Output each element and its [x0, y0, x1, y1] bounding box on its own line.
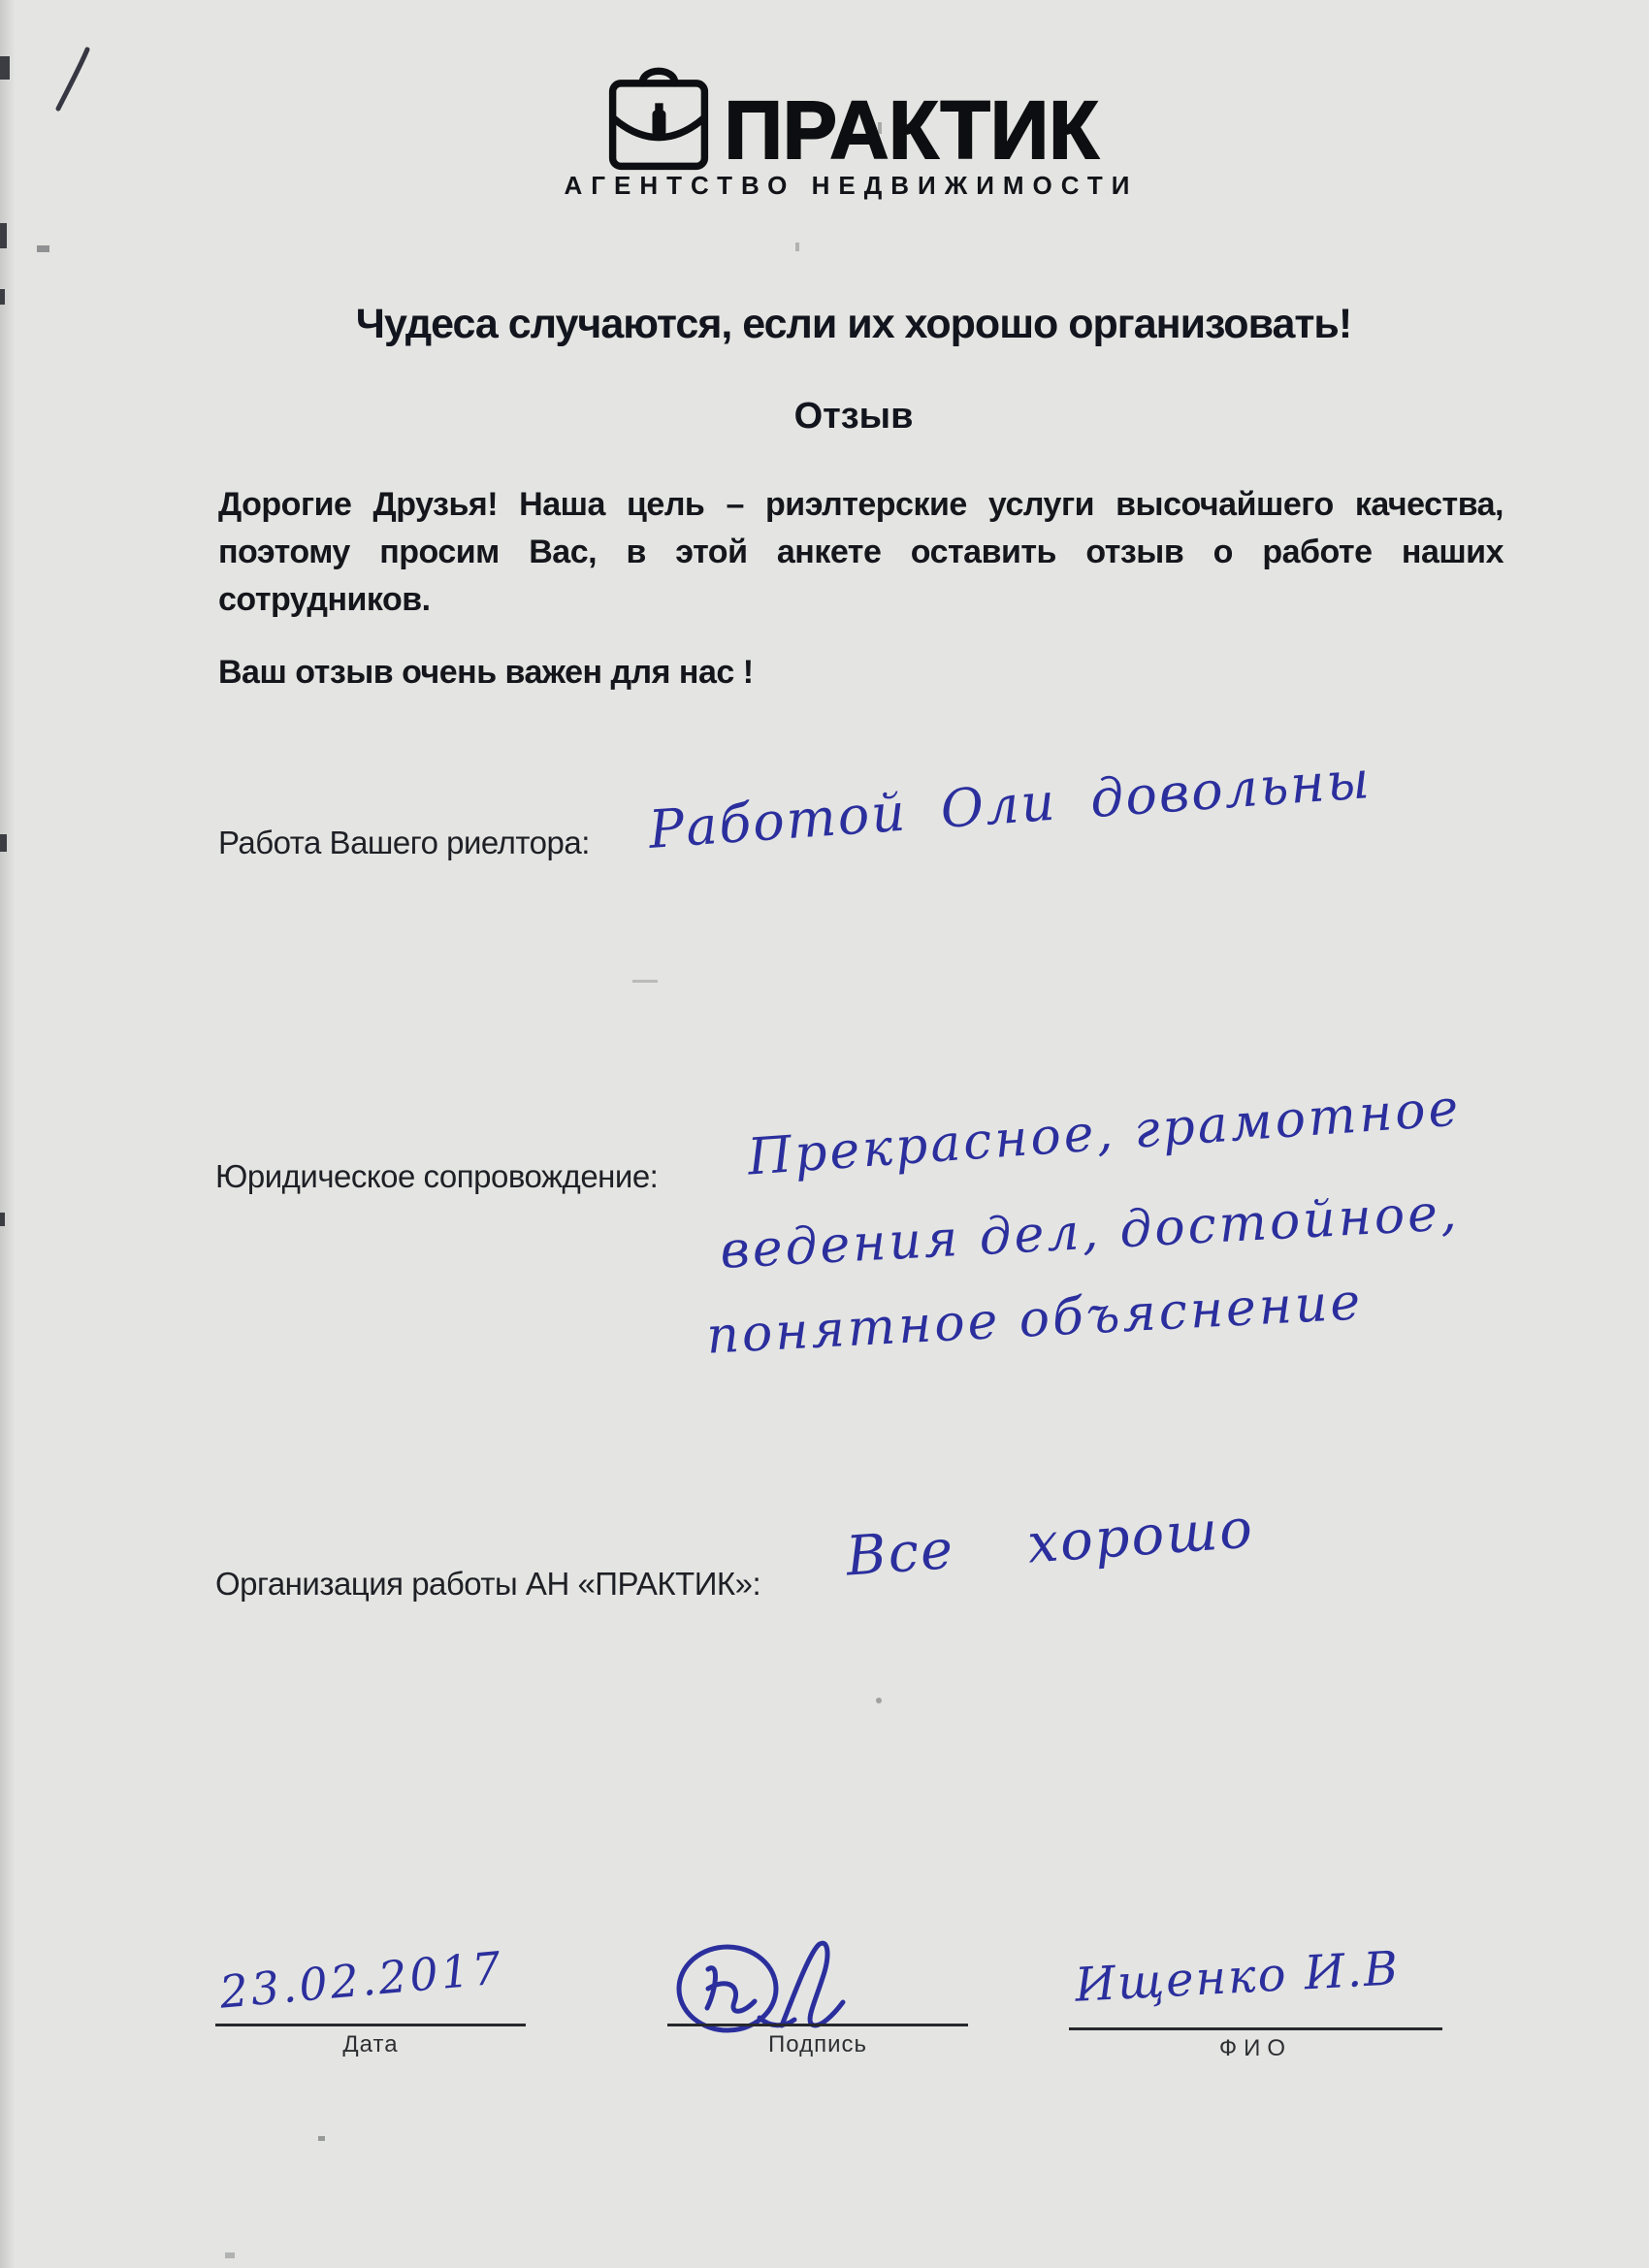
- signature-underline: [667, 2024, 968, 2026]
- date-underline: [215, 2024, 526, 2026]
- handwritten-response-realtor-work: Работой Оли довольны: [647, 749, 1374, 860]
- handwritten-name: Ищенко И.В: [1074, 1941, 1402, 2012]
- field-label-legal-support: Юридическое сопровождение:: [215, 1158, 658, 1195]
- scan-artifact: [632, 980, 658, 983]
- scan-artifact: [0, 289, 5, 305]
- handwritten-response-legal-line2: ведения дел, достойное,: [719, 1183, 1461, 1280]
- scan-artifact: [0, 1213, 5, 1226]
- logo: ПРАКТИК: [0, 56, 1649, 171]
- name-underline: [1069, 2027, 1442, 2030]
- scan-artifact: [37, 245, 49, 252]
- signature-flourish-icon: [667, 1934, 876, 2033]
- scan-artifact: [0, 223, 7, 248]
- scan-artifact: [878, 122, 882, 134]
- handwritten-date: 23.02.2017: [217, 1941, 505, 2018]
- section-title: Отзыв: [0, 396, 1649, 437]
- headline: Чудеса случаются, если их хорошо организ…: [0, 301, 1649, 348]
- brand-subtitle: АГЕНТСТВО НЕДВИЖИМОСТИ: [0, 171, 1649, 201]
- briefcase-icon: [604, 56, 713, 171]
- handwritten-response-legal-line3: понятное объяснение: [705, 1273, 1365, 1365]
- importance-note: Ваш отзыв очень важен для нас !: [218, 654, 754, 692]
- field-label-realtor-work: Работа Вашего риелтора:: [218, 825, 590, 861]
- scan-artifact: [0, 834, 7, 852]
- handwritten-response-organization: Все хорошо: [844, 1497, 1256, 1588]
- brand-name: ПРАКТИК: [725, 89, 1099, 171]
- scan-artifact: [225, 2252, 235, 2258]
- scan-artifact: [876, 1698, 882, 1703]
- date-caption: Дата: [215, 2031, 526, 2058]
- handwritten-response-legal-line1: Прекрасное, грамотное: [746, 1079, 1463, 1186]
- scan-artifact: [795, 243, 799, 251]
- scan-artifact: [0, 56, 10, 80]
- scanned-feedback-form: ПРАКТИК АГЕНТСТВО НЕДВИЖИМОСТИ Чудеса сл…: [0, 0, 1649, 2268]
- intro-paragraph: Дорогие Друзья! Наша цель – риэлтерские …: [218, 481, 1503, 624]
- scan-artifact: [318, 2136, 325, 2141]
- name-caption: ФИО: [1069, 2035, 1442, 2062]
- signature-caption: Подпись: [667, 2031, 968, 2058]
- field-label-agency-organization: Организация работы АН «ПРАКТИК»:: [215, 1566, 760, 1603]
